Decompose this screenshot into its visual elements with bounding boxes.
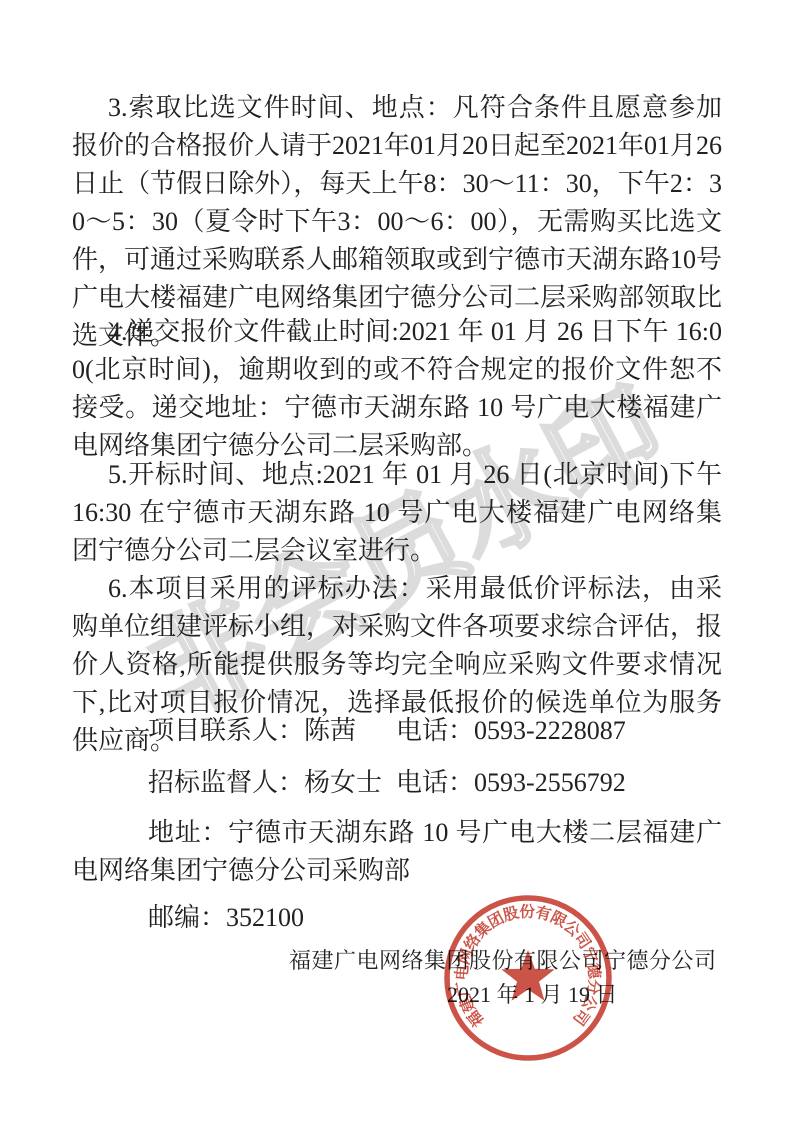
document-page: 非会员水印 3.索取比选文件时间、地点：凡符合条件且愿意参加报价的合格报价人请于… (0, 0, 793, 1121)
signoff-company-name: 福建广电网络集团股份有限公司宁德分公司 (289, 946, 717, 976)
project-contact-phone: 0593-2228087 (474, 716, 626, 745)
postal-code-value: 352100 (226, 903, 304, 932)
project-contact-name: 陈茜 (304, 712, 396, 750)
signoff-date: 2021 年 1 月 19 日 (447, 980, 618, 1010)
address-row: 地址：宁德市天湖东路 10 号广电大楼二层福建广电网络集团宁德分公司采购部 (72, 814, 722, 890)
project-contact-label: 项目联系人： (148, 716, 304, 745)
document-body: 3.索取比选文件时间、地点：凡符合条件且愿意参加报价的合格报价人请于2021年0… (0, 0, 793, 1121)
paragraph-5-bid-opening: 5.开标时间、地点:2021 年 01 月 26 日(北京时间)下午 16:30… (72, 456, 722, 570)
project-contact-row: 项目联系人：陈茜电话：0593-2228087 (148, 712, 728, 750)
supervisor-contact-phone-label: 电话： (396, 768, 474, 797)
supervisor-contact-label: 招标监督人： (148, 768, 304, 797)
supervisor-contact-name: 杨女士 (304, 764, 396, 802)
postal-code-label: 邮编： (148, 903, 226, 932)
supervisor-contact-row: 招标监督人：杨女士电话：0593-2556792 (148, 764, 728, 802)
postal-code-row: 邮编：352100 (148, 899, 304, 937)
supervisor-contact-phone: 0593-2556792 (474, 768, 626, 797)
paragraph-4-submission-deadline: 4.递交报价文件截止时间:2021 年 01 月 26 日下午 16:00(北京… (72, 313, 722, 465)
project-contact-phone-label: 电话： (396, 716, 474, 745)
address-label: 地址： (148, 818, 228, 847)
